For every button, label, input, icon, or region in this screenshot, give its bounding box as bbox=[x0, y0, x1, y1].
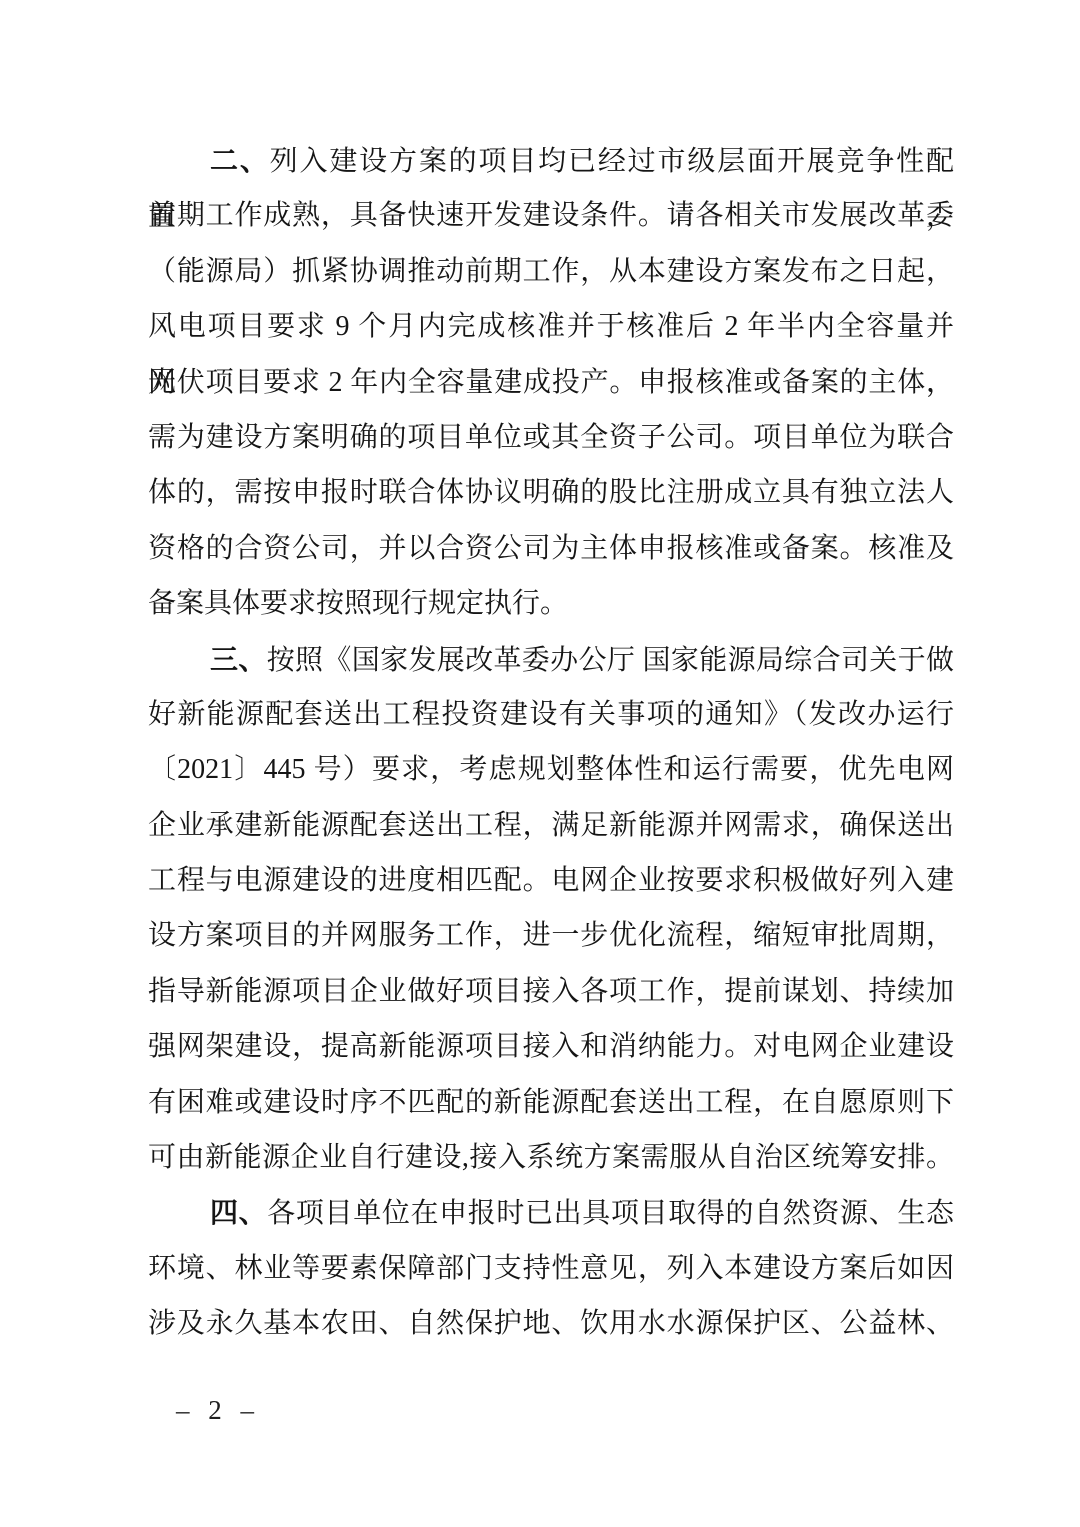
text-line: 环境、林业等要素保障部门支持性意见，列入本建设方案后如因 bbox=[148, 1241, 954, 1296]
text-line: 指导新能源项目企业做好项目接入各项工作，提前谋划、持续加 bbox=[148, 964, 954, 1019]
paragraph-leader: 二、 bbox=[210, 145, 270, 176]
text-line: 光伏项目要求 2 年内全容量建成投产。申报核准或备案的主体， bbox=[148, 355, 954, 410]
paragraph: 二、列入建设方案的项目均已经过市级层面开展竞争性配置，前期工作成熟，具备快速开发… bbox=[148, 133, 954, 632]
text-line: 备案具体要求按照现行规定执行。 bbox=[148, 576, 954, 631]
text-line: 好新能源配套送出工程投资建设有关事项的通知》（发改办运行 bbox=[148, 687, 954, 742]
line-text: 各项目单位在申报时已出具项目取得的自然资源、生态 bbox=[267, 1198, 954, 1229]
text-line: 有困难或建设时序不匹配的新能源配套送出工程，在自愿原则下 bbox=[148, 1075, 954, 1130]
text-line: 资格的合资公司，并以合资公司为主体申报核准或备案。核准及 bbox=[148, 521, 954, 576]
text-line: 涉及永久基本农田、自然保护地、饮用水水源保护区、公益林、 bbox=[148, 1296, 954, 1351]
text-line: 前期工作成熟，具备快速开发建设条件。请各相关市发展改革委 bbox=[148, 188, 954, 243]
text-line: 强网架建设，提高新能源项目接入和消纳能力。对电网企业建设 bbox=[148, 1019, 954, 1074]
text-line: 二、列入建设方案的项目均已经过市级层面开展竞争性配置， bbox=[148, 133, 954, 188]
text-line: （能源局）抓紧协调推动前期工作，从本建设方案发布之日起， bbox=[148, 244, 954, 299]
text-line: 〔2021〕445 号）要求，考虑规划整体性和运行需要，优先电网 bbox=[148, 742, 954, 797]
page-footer: – 2 – bbox=[176, 1395, 260, 1426]
text-line: 需为建设方案明确的项目单位或其全资子公司。项目单位为联合 bbox=[148, 410, 954, 465]
document-page: 二、列入建设方案的项目均已经过市级层面开展竞争性配置，前期工作成熟，具备快速开发… bbox=[0, 0, 1080, 1527]
text-line: 工程与电源建设的进度相匹配。电网企业按要求积极做好列入建 bbox=[148, 853, 954, 908]
text-line: 三、按照《国家发展改革委办公厅 国家能源局综合司关于做 bbox=[148, 632, 954, 687]
document-body: 二、列入建设方案的项目均已经过市级层面开展竞争性配置，前期工作成熟，具备快速开发… bbox=[148, 133, 954, 1352]
line-text: 按照《国家发展改革委办公厅 国家能源局综合司关于做 bbox=[267, 645, 954, 676]
text-line: 设方案项目的并网服务工作，进一步优化流程，缩短审批周期， bbox=[148, 908, 954, 963]
text-line: 体的，需按申报时联合体协议明确的股比注册成立具有独立法人 bbox=[148, 465, 954, 520]
page-number: – 2 – bbox=[176, 1395, 260, 1425]
paragraph: 三、按照《国家发展改革委办公厅 国家能源局综合司关于做好新能源配套送出工程投资建… bbox=[148, 632, 954, 1186]
text-line: 风电项目要求 9 个月内完成核准并于核准后 2 年半内全容量并网， bbox=[148, 299, 954, 354]
paragraph: 四、各项目单位在申报时已出具项目取得的自然资源、生态环境、林业等要素保障部门支持… bbox=[148, 1185, 954, 1351]
text-line: 四、各项目单位在申报时已出具项目取得的自然资源、生态 bbox=[148, 1185, 954, 1240]
text-line: 企业承建新能源配套送出工程，满足新能源并网需求，确保送出 bbox=[148, 798, 954, 853]
paragraph-leader: 四、 bbox=[210, 1197, 267, 1228]
paragraph-leader: 三、 bbox=[210, 644, 267, 675]
text-line: 可由新能源企业自行建设,接入系统方案需服从自治区统筹安排。 bbox=[148, 1130, 954, 1185]
